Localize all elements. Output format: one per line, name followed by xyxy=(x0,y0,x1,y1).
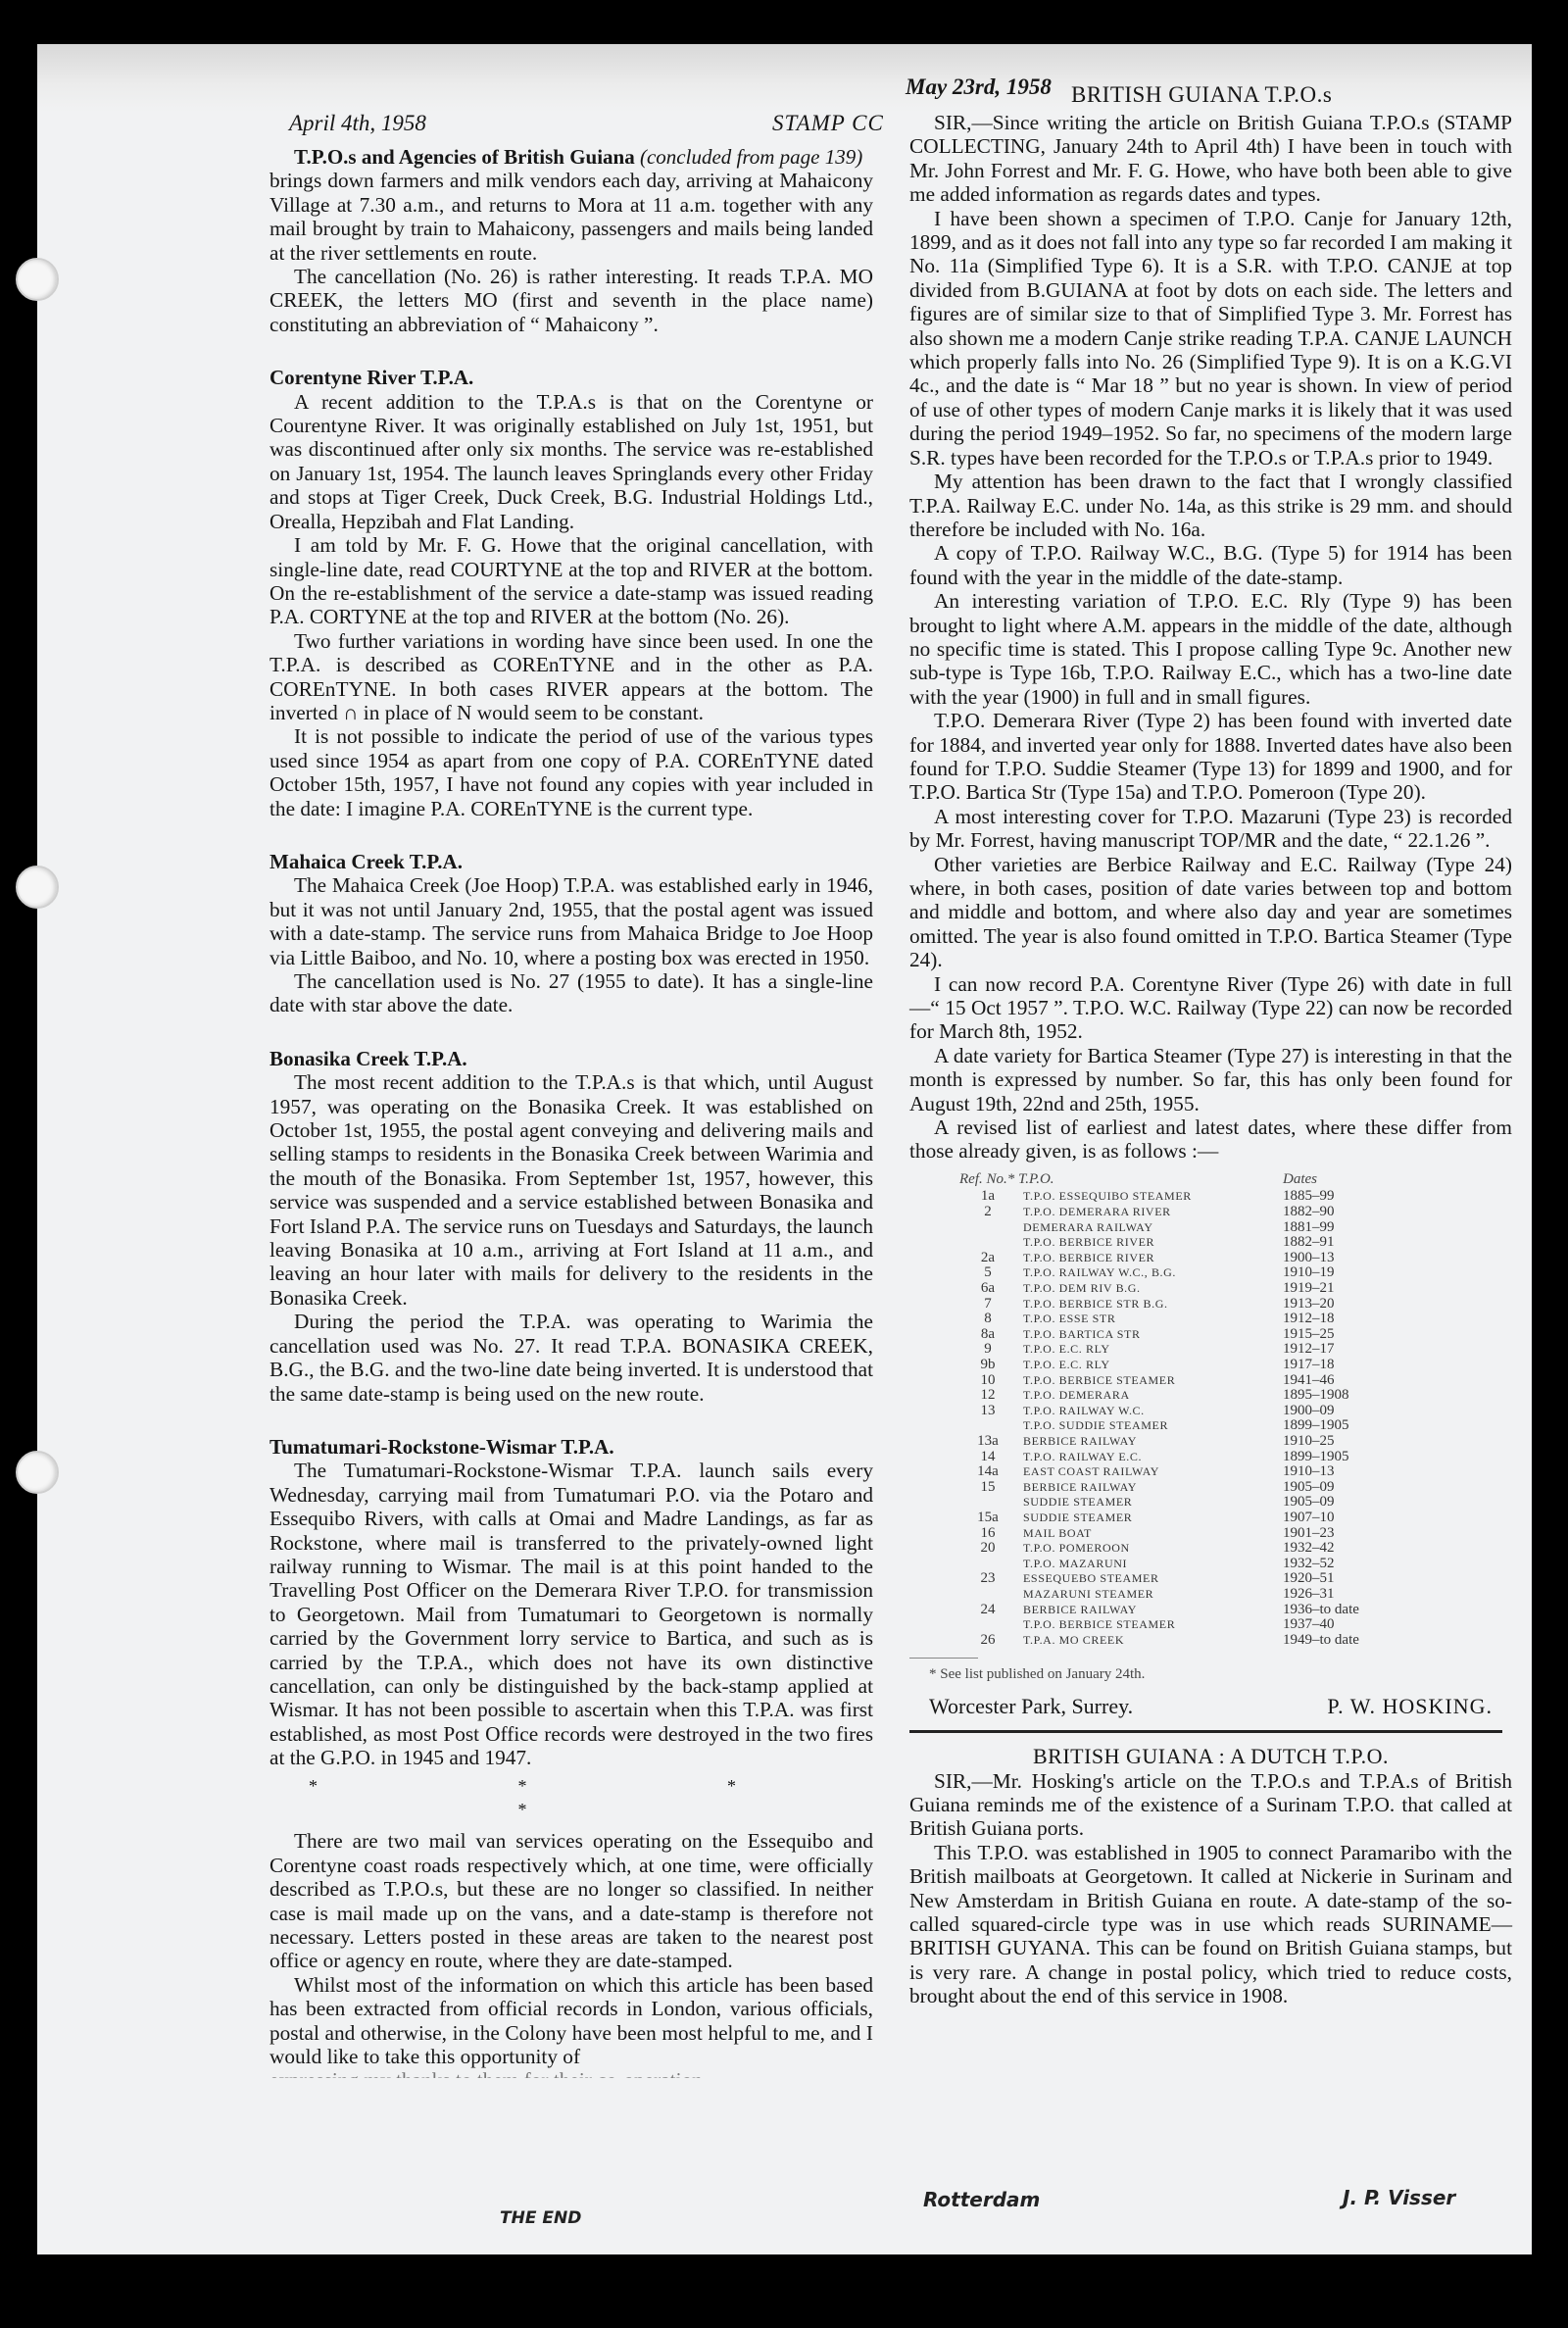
ref-number-cell: 24 xyxy=(958,1603,1017,1618)
section-heading: Tumatumari-Rockstone-Wismar T.P.A. xyxy=(269,1435,873,1459)
tpo-name-cell: MAIL BOAT xyxy=(1017,1526,1253,1542)
tpo-name-cell: T.P.O. RAILWAY W.C. xyxy=(1017,1404,1253,1419)
ref-number-cell xyxy=(958,1235,1017,1251)
dates-cell: 1899–1905 xyxy=(1253,1418,1359,1434)
ref-number-cell: 10 xyxy=(958,1373,1017,1389)
tpo-name-cell: BERBICE RAILWAY xyxy=(1017,1480,1253,1496)
table-row: 8T.P.O. ESSE STR1912–18 xyxy=(958,1312,1359,1327)
tpo-name-cell: T.P.O. RAILWAY W.C., B.G. xyxy=(1017,1265,1253,1281)
letter1-paragraph: An interesting variation of T.P.O. E.C. … xyxy=(909,589,1512,709)
dates-table: Ref. No.* T.P.O. Dates 1aT.P.O. ESSEQUIB… xyxy=(958,1171,1359,1648)
intro-paragraph: The cancellation (No. 26) is rather inte… xyxy=(269,265,873,336)
dates-cell: 1900–09 xyxy=(1253,1404,1359,1419)
tpo-name-cell: T.P.O. DEMERARA RIVER xyxy=(1017,1205,1253,1220)
section-paragraph: The cancellation used is No. 27 (1955 to… xyxy=(269,969,873,1017)
table-row: 14aEAST COAST RAILWAY1910–13 xyxy=(958,1464,1359,1480)
ref-number-cell: 16 xyxy=(958,1526,1017,1542)
left-header-publication: STAMP CC xyxy=(772,111,884,136)
tpo-name-cell: T.P.O. BERBICE STEAMER xyxy=(1017,1373,1253,1389)
tpo-name-cell: SUDDIE STEAMER xyxy=(1017,1511,1253,1526)
right-header-date: May 23rd, 1958 xyxy=(906,74,1052,100)
table-row: 7T.P.O. BERBICE STR B.G.1913–20 xyxy=(958,1297,1359,1313)
column-header: T.P.O. xyxy=(1017,1171,1253,1190)
ref-number-cell: 2 xyxy=(958,1205,1017,1220)
table-row: 15BERBICE RAILWAY1905–09 xyxy=(958,1480,1359,1496)
handwritten-location: Rotterdam xyxy=(923,2188,1040,2211)
table-row: 12T.P.O. DEMERARA1895–1908 xyxy=(958,1388,1359,1404)
ref-number-cell: 9b xyxy=(958,1358,1017,1373)
letter1-paragraph: Other varieties are Berbice Railway and … xyxy=(909,853,1512,972)
tpo-name-cell: MAZARUNI STEAMER xyxy=(1017,1587,1253,1603)
article-title: T.P.O.s and Agencies of British Guiana (… xyxy=(269,145,873,169)
closing-paragraph: Whilst most of the information on which … xyxy=(269,1973,873,2069)
ref-number-cell: 1a xyxy=(958,1189,1017,1205)
letter1-paragraph: SIR,—Since writing the article on Britis… xyxy=(909,111,1512,207)
tpo-name-cell: T.P.O. BERBICE STEAMER xyxy=(1017,1617,1253,1633)
table-row: 24BERBICE RAILWAY1936–to date xyxy=(958,1603,1359,1618)
ref-number-cell: 5 xyxy=(958,1265,1017,1281)
letter1-paragraph: T.P.O. Demerara River (Type 2) has been … xyxy=(909,709,1512,805)
dates-cell: 1881–99 xyxy=(1253,1220,1359,1236)
letter2-paragraph: This T.P.O. was established in 1905 to c… xyxy=(909,1841,1512,2008)
tpo-name-cell: T.P.O. MAZARUNI xyxy=(1017,1557,1253,1572)
dates-cell: 1913–20 xyxy=(1253,1297,1359,1313)
dates-cell: 1900–13 xyxy=(1253,1251,1359,1266)
dates-cell: 1915–25 xyxy=(1253,1327,1359,1343)
letter1-paragraph: A revised list of earliest and latest da… xyxy=(909,1115,1512,1164)
dates-cell: 1885–99 xyxy=(1253,1189,1359,1205)
table-row: T.P.O. BERBICE RIVER1882–91 xyxy=(958,1235,1359,1251)
ref-number-cell: 8a xyxy=(958,1327,1017,1343)
table-row: 2T.P.O. DEMERARA RIVER1882–90 xyxy=(958,1205,1359,1220)
section-paragraph: A recent addition to the T.P.A.s is that… xyxy=(269,390,873,533)
letter-divider xyxy=(909,1730,1502,1733)
left-column: T.P.O.s and Agencies of British Guiana (… xyxy=(269,145,873,2078)
dates-cell: 1882–91 xyxy=(1253,1235,1359,1251)
letter1-paragraph: A most interesting cover for T.P.O. Maza… xyxy=(909,805,1512,853)
letter2-title: BRITISH GUIANA : A DUTCH T.P.O. xyxy=(909,1745,1512,1768)
table-footnote: * See list published on January 24th. xyxy=(929,1662,1512,1686)
tpo-name-cell: T.P.O. E.C. RLY xyxy=(1017,1358,1253,1373)
section-paragraph: It is not possible to indicate the perio… xyxy=(269,724,873,820)
letter1-paragraph: I can now record P.A. Corentyne River (T… xyxy=(909,972,1512,1044)
tpo-name-cell: T.P.O. ESSEQUIBO STEAMER xyxy=(1017,1189,1253,1205)
dates-cell: 1932–52 xyxy=(1253,1557,1359,1572)
table-row: 2aT.P.O. BERBICE RIVER1900–13 xyxy=(958,1251,1359,1266)
tpo-name-cell: T.P.O. BERBICE RIVER xyxy=(1017,1235,1253,1251)
tpo-name-cell: T.P.O. ESSE STR xyxy=(1017,1312,1253,1327)
table-row: 23ESSEQUEBO STEAMER1920–51 xyxy=(958,1571,1359,1587)
table-row: 9T.P.O. E.C. RLY1912–17 xyxy=(958,1342,1359,1358)
ref-number-cell: 26 xyxy=(958,1633,1017,1649)
dates-cell: 1910–19 xyxy=(1253,1265,1359,1281)
section-paragraph: During the period the T.P.A. was operati… xyxy=(269,1310,873,1406)
tpo-name-cell: T.P.A. MO CREEK xyxy=(1017,1633,1253,1649)
dates-cell: 1907–10 xyxy=(1253,1511,1359,1526)
ref-number-cell: 14a xyxy=(958,1464,1017,1480)
letter1-title: BRITISH GUIANA T.P.O.s xyxy=(1071,82,1332,108)
tpo-name-cell: T.P.O. BARTICA STR xyxy=(1017,1327,1253,1343)
table-row: 26T.P.A. MO CREEK1949–to date xyxy=(958,1633,1359,1649)
section-paragraph: The most recent addition to the T.P.A.s … xyxy=(269,1070,873,1310)
tpo-name-cell: BERBICE RAILWAY xyxy=(1017,1434,1253,1450)
letter1-signoff: Worcester Park, Surrey. P. W. HOSKING. xyxy=(929,1695,1493,1718)
table-row: MAZARUNI STEAMER1926–31 xyxy=(958,1587,1359,1603)
dates-cell: 1882–90 xyxy=(1253,1205,1359,1220)
tpo-name-cell: SUDDIE STEAMER xyxy=(1017,1495,1253,1511)
letter1-paragraph: A copy of T.P.O. Railway W.C., B.G. (Typ… xyxy=(909,541,1512,589)
dates-cell: 1895–1908 xyxy=(1253,1388,1359,1404)
tpo-name-cell: T.P.O. E.C. RLY xyxy=(1017,1342,1253,1358)
ref-number-cell: 8 xyxy=(958,1312,1017,1327)
ref-number-cell: 9 xyxy=(958,1342,1017,1358)
letter1-signature: P. W. HOSKING. xyxy=(1327,1695,1493,1718)
dates-cell: 1937–40 xyxy=(1253,1617,1359,1633)
ref-number-cell: 6a xyxy=(958,1281,1017,1297)
ref-number-cell: 12 xyxy=(958,1388,1017,1404)
punch-hole-icon xyxy=(16,258,59,301)
handwritten-signature: J. P. Visser xyxy=(1343,2186,1455,2209)
section-heading: Corentyne River T.P.A. xyxy=(269,366,873,389)
dates-cell: 1932–42 xyxy=(1253,1541,1359,1557)
table-row: 1aT.P.O. ESSEQUIBO STEAMER1885–99 xyxy=(958,1189,1359,1205)
ref-number-cell: 15a xyxy=(958,1511,1017,1526)
section-paragraph: The Mahaica Creek (Joe Hoop) T.P.A. was … xyxy=(269,873,873,969)
tpo-name-cell: T.P.O. POMEROON xyxy=(1017,1541,1253,1557)
dates-cell: 1936–to date xyxy=(1253,1603,1359,1618)
table-row: 5T.P.O. RAILWAY W.C., B.G.1910–19 xyxy=(958,1265,1359,1281)
tpo-name-cell: EAST COAST RAILWAY xyxy=(1017,1464,1253,1480)
table-row: 6aT.P.O. DEM RIV B.G.1919–21 xyxy=(958,1281,1359,1297)
tpo-name-cell: T.P.O. BERBICE STR B.G. xyxy=(1017,1297,1253,1313)
tpo-name-cell: T.P.O. BERBICE RIVER xyxy=(1017,1251,1253,1266)
dates-cell: 1917–18 xyxy=(1253,1358,1359,1373)
dates-cell: 1905–09 xyxy=(1253,1495,1359,1511)
table-row: 8aT.P.O. BARTICA STR1915–25 xyxy=(958,1327,1359,1343)
right-column: SIR,—Since writing the article on Britis… xyxy=(909,111,1512,2008)
dates-cell: 1910–13 xyxy=(1253,1464,1359,1480)
section-paragraph: The Tumatumari-Rockstone-Wismar T.P.A. l… xyxy=(269,1459,873,1769)
tpo-name-cell: BERBICE RAILWAY xyxy=(1017,1603,1253,1618)
tpo-name-cell: T.P.O. RAILWAY E.C. xyxy=(1017,1450,1253,1465)
section-heading: Mahaica Creek T.P.A. xyxy=(269,850,873,873)
dates-cell: 1919–21 xyxy=(1253,1281,1359,1297)
ref-number-cell xyxy=(958,1220,1017,1236)
table-row: DEMERARA RAILWAY1881–99 xyxy=(958,1220,1359,1236)
letter2-paragraph: SIR,—Mr. Hosking's article on the T.P.O.… xyxy=(909,1769,1512,1841)
letter1-location: Worcester Park, Surrey. xyxy=(929,1695,1133,1718)
table-row: T.P.O. SUDDIE STEAMER1899–1905 xyxy=(958,1418,1359,1434)
table-row: SUDDIE STEAMER1905–09 xyxy=(958,1495,1359,1511)
table-header-row: Ref. No.* T.P.O. Dates xyxy=(958,1171,1359,1190)
ref-number-cell: 14 xyxy=(958,1450,1017,1465)
dates-cell: 1920–51 xyxy=(1253,1571,1359,1587)
ref-number-cell: 23 xyxy=(958,1571,1017,1587)
ref-number-cell: 20 xyxy=(958,1541,1017,1557)
dates-cell: 1901–23 xyxy=(1253,1526,1359,1542)
ref-number-cell xyxy=(958,1587,1017,1603)
dates-cell: 1899–1905 xyxy=(1253,1450,1359,1465)
ref-number-cell xyxy=(958,1557,1017,1572)
footnote-rule xyxy=(909,1658,978,1659)
section-separator: * * * * xyxy=(269,1774,873,1822)
section-paragraph: Two further variations in wording have s… xyxy=(269,629,873,725)
tpo-name-cell: DEMERARA RAILWAY xyxy=(1017,1220,1253,1236)
punch-hole-icon xyxy=(16,1451,59,1494)
ref-number-cell: 13 xyxy=(958,1404,1017,1419)
table-row: 15aSUDDIE STEAMER1907–10 xyxy=(958,1511,1359,1526)
tpo-name-cell: T.P.O. DEMERARA xyxy=(1017,1388,1253,1404)
handwritten-the-end: THE END xyxy=(500,2208,581,2228)
ref-number-cell: 13a xyxy=(958,1434,1017,1450)
table-row: 20T.P.O. POMEROON1932–42 xyxy=(958,1541,1359,1557)
table-row: T.P.O. MAZARUNI1932–52 xyxy=(958,1557,1359,1572)
tpo-name-cell: ESSEQUEBO STEAMER xyxy=(1017,1571,1253,1587)
closing-paragraph: There are two mail van services operatin… xyxy=(269,1829,873,1972)
ref-number-cell: 2a xyxy=(958,1251,1017,1266)
article-title-text: T.P.O.s and Agencies of British Guiana xyxy=(294,145,635,169)
letter1-paragraph: A date variety for Bartica Steamer (Type… xyxy=(909,1044,1512,1115)
left-header-date: April 4th, 1958 xyxy=(289,111,426,136)
intro-paragraph: brings down farmers and milk vendors eac… xyxy=(269,169,873,265)
section-heading: Bonasika Creek T.P.A. xyxy=(269,1047,873,1070)
column-header: Dates xyxy=(1253,1171,1359,1190)
table-row: 13aBERBICE RAILWAY1910–25 xyxy=(958,1434,1359,1450)
ref-number-cell xyxy=(958,1418,1017,1434)
ref-number-cell xyxy=(958,1617,1017,1633)
table-row: 16MAIL BOAT1901–23 xyxy=(958,1526,1359,1542)
tpo-name-cell: T.P.O. SUDDIE STEAMER xyxy=(1017,1418,1253,1434)
table-row: 14T.P.O. RAILWAY E.C.1899–1905 xyxy=(958,1450,1359,1465)
letter1-paragraph: My attention has been drawn to the fact … xyxy=(909,470,1512,541)
dates-table-body: 1aT.P.O. ESSEQUIBO STEAMER1885–992T.P.O.… xyxy=(958,1189,1359,1648)
cut-off-line: expressing my thanks to them for their c… xyxy=(269,2068,873,2078)
table-row: 9bT.P.O. E.C. RLY1917–18 xyxy=(958,1358,1359,1373)
table-row: T.P.O. BERBICE STEAMER1937–40 xyxy=(958,1617,1359,1633)
table-row: 13T.P.O. RAILWAY W.C.1900–09 xyxy=(958,1404,1359,1419)
dates-cell: 1912–18 xyxy=(1253,1312,1359,1327)
punch-hole-icon xyxy=(16,866,59,909)
ref-number-cell: 7 xyxy=(958,1297,1017,1313)
tpo-name-cell: T.P.O. DEM RIV B.G. xyxy=(1017,1281,1253,1297)
ref-number-cell xyxy=(958,1495,1017,1511)
dates-cell: 1926–31 xyxy=(1253,1587,1359,1603)
dates-cell: 1949–to date xyxy=(1253,1633,1359,1649)
dates-cell: 1905–09 xyxy=(1253,1480,1359,1496)
table-row: 10T.P.O. BERBICE STEAMER1941–46 xyxy=(958,1373,1359,1389)
article-continued-note: (concluded from page 139) xyxy=(640,145,862,169)
section-paragraph: I am told by Mr. F. G. Howe that the ori… xyxy=(269,533,873,629)
ref-number-cell: 15 xyxy=(958,1480,1017,1496)
dates-cell: 1941–46 xyxy=(1253,1373,1359,1389)
column-header: Ref. No.* xyxy=(958,1171,1017,1190)
letter1-paragraph: I have been shown a specimen of T.P.O. C… xyxy=(909,207,1512,470)
dates-cell: 1912–17 xyxy=(1253,1342,1359,1358)
dates-cell: 1910–25 xyxy=(1253,1434,1359,1450)
